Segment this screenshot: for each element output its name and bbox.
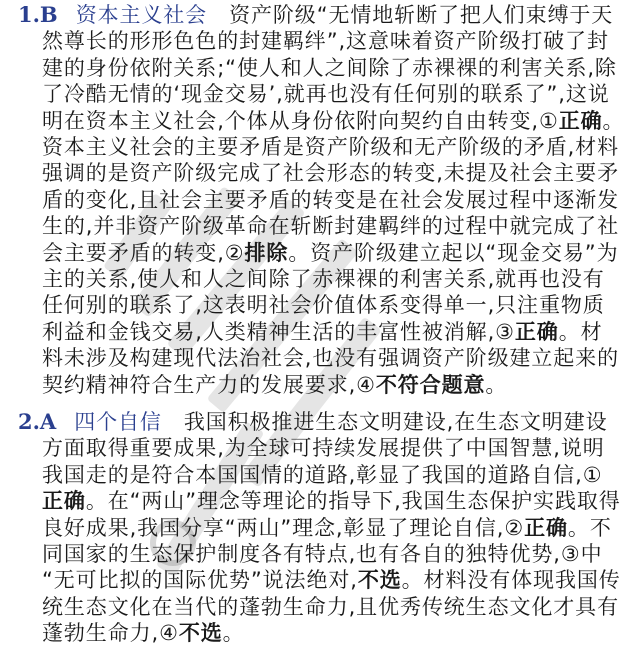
verdict-text: 正确 — [515, 320, 559, 344]
text-line: 统生态文化在当代的蓬勃生命力,且优秀传统生态文化才具有 — [42, 594, 619, 620]
verdict-text: 不选 — [179, 621, 223, 645]
body-text: 。材 — [559, 320, 603, 344]
body-text: 方面取得重要成果,为全球可持续发展提供了中国智慧,说明 — [42, 436, 605, 460]
body-text: 了冷酷无情的‘现金交易’,就再也没有任何别的联系了”,这说 — [42, 82, 610, 106]
text-line: 良好成果,我国分享“两山”理念,彰显了理论自信,②正确。不 — [42, 515, 612, 541]
text-line: 1.B资本主义社会资产阶级“无情地斩断了把人们束缚于天 — [18, 2, 613, 28]
body-text: 。材料没有体现我国传 — [402, 568, 621, 592]
text-line: 利益和金钱交易,人类精神生活的丰富性被消解,③正确。材 — [42, 319, 603, 345]
body-text: 会主要矛盾的转变,② — [42, 241, 245, 265]
body-text: 蓬勃生命力,④ — [42, 621, 179, 645]
body-text: 良好成果,我国分享“两山”理念,彰显了理论自信,② — [42, 516, 524, 540]
body-text: 我国积极推进生态文明建设,在生态文明建设 — [184, 410, 608, 434]
verdict-text: 不符合题意 — [376, 373, 486, 397]
body-text: 任何别的联系了,这表明社会价值体系变得单一,只注重物质 — [42, 293, 605, 317]
text-line: 会主要矛盾的转变,②排除。资产阶级建立起以“现金交易”为 — [42, 240, 619, 266]
text-line: 了冷酷无情的‘现金交易’,就再也没有任何别的联系了”,这说 — [42, 81, 610, 107]
text-line: 明在资本主义社会,个体从身份依附向契约自由转变,①正确。 — [42, 108, 622, 134]
answer-number: 2.A — [18, 409, 56, 434]
answer-number: 1.B — [18, 2, 58, 27]
body-text: 契约精神符合生产力的发展要求,④ — [42, 373, 376, 397]
text-line: 2.A四个自信我国积极推进生态文明建设,在生态文明建设 — [18, 409, 608, 435]
verdict-text: 正确 — [42, 489, 86, 513]
verdict-text: 排除 — [245, 241, 289, 265]
body-text: 明在资本主义社会,个体从身份依附向契约自由转变,① — [42, 109, 559, 133]
text-line: 同国家的生态保护制度各有特点,也有各自的独特优势,③中 — [42, 541, 602, 567]
text-line: 然尊长的形形色色的封建羁绊”,这意味着资产阶级打破了封 — [42, 28, 609, 54]
text-line: 任何别的联系了,这表明社会价值体系变得单一,只注重物质 — [42, 292, 605, 318]
body-text: 资产阶级“无情地斩断了把人们束缚于天 — [229, 3, 613, 27]
verdict-text: 正确 — [559, 109, 603, 133]
text-line: 盾的变化,且社会主要矛盾的转变是在社会发展过程中逐渐发 — [42, 187, 619, 213]
body-text: 。资产阶级建立起以“现金交易”为 — [288, 241, 618, 265]
body-text: 。不 — [568, 516, 612, 540]
text-line: 我国走的是符合本国国情的道路,彰显了我国的道路自信,① — [42, 462, 602, 488]
text-line: 契约精神符合生产力的发展要求,④不符合题意。 — [42, 372, 507, 398]
body-text: 。 — [223, 621, 245, 645]
body-text: 建的身份依附关系;“使人和人之间除了赤裸裸的利害关系,除 — [42, 56, 617, 80]
text-line: 强调的是资产阶级完成了社会形态的转变,未提及社会主要矛 — [42, 160, 619, 186]
text-line: 建的身份依附关系;“使人和人之间除了赤裸裸的利害关系,除 — [42, 55, 617, 81]
body-text: 我国走的是符合本国国情的道路,彰显了我国的道路自信,① — [42, 463, 602, 487]
text-line: 生的,并非资产阶级革命在斩断封建羁绊的过程中就完成了社 — [42, 213, 619, 239]
text-line: 料未涉及构建现代法治社会,也没有强调资产阶级建立起来的 — [42, 345, 619, 371]
text-line: 正确。在“两山”理念等理论的指导下,我国生态保护实践取得 — [42, 488, 621, 514]
body-text: 统生态文化在当代的蓬勃生命力,且优秀传统生态文化才具有 — [42, 595, 619, 619]
body-text: 然尊长的形形色色的封建羁绊”,这意味着资产阶级打破了封 — [42, 29, 609, 53]
body-text: 主的关系,使人和人之间除了赤裸裸的利害关系,就再也没有 — [42, 267, 605, 291]
text-line: 蓬勃生命力,④不选。 — [42, 620, 245, 646]
body-text: 。 — [485, 373, 507, 397]
body-text: 。 — [603, 109, 622, 133]
text-line: 资本主义社会的主要矛盾是资产阶级和无产阶级的矛盾,材料 — [42, 134, 619, 160]
verdict-text: 不选 — [358, 568, 402, 592]
text-line: 主的关系,使人和人之间除了赤裸裸的利害关系,就再也没有 — [42, 266, 605, 292]
body-text: 利益和金钱交易,人类精神生活的丰富性被消解,③ — [42, 320, 515, 344]
answer-page: 1.B资本主义社会资产阶级“无情地斩断了把人们束缚于天然尊长的形形色色的封建羁绊… — [0, 0, 622, 657]
answer-topic: 资本主义社会 — [76, 3, 207, 27]
body-text: 料未涉及构建现代法治社会,也没有强调资产阶级建立起来的 — [42, 346, 619, 370]
body-text: 盾的变化,且社会主要矛盾的转变是在社会发展过程中逐渐发 — [42, 188, 619, 212]
text-line: “无可比拟的国际优势”说法绝对,不选。材料没有体现我国传 — [42, 567, 621, 593]
body-text: 生的,并非资产阶级革命在斩断封建羁绊的过程中就完成了社 — [42, 214, 619, 238]
body-text: 强调的是资产阶级完成了社会形态的转变,未提及社会主要矛 — [42, 161, 619, 185]
body-text: 同国家的生态保护制度各有特点,也有各自的独特优势,③中 — [42, 542, 602, 566]
text-line: 方面取得重要成果,为全球可持续发展提供了中国智慧,说明 — [42, 435, 605, 461]
body-text: “无可比拟的国际优势”说法绝对, — [42, 568, 358, 592]
answer-topic: 四个自信 — [74, 410, 162, 434]
body-text: 资本主义社会的主要矛盾是资产阶级和无产阶级的矛盾,材料 — [42, 135, 619, 159]
verdict-text: 正确 — [524, 516, 568, 540]
body-text: 。在“两山”理念等理论的指导下,我国生态保护实践取得 — [86, 489, 621, 513]
